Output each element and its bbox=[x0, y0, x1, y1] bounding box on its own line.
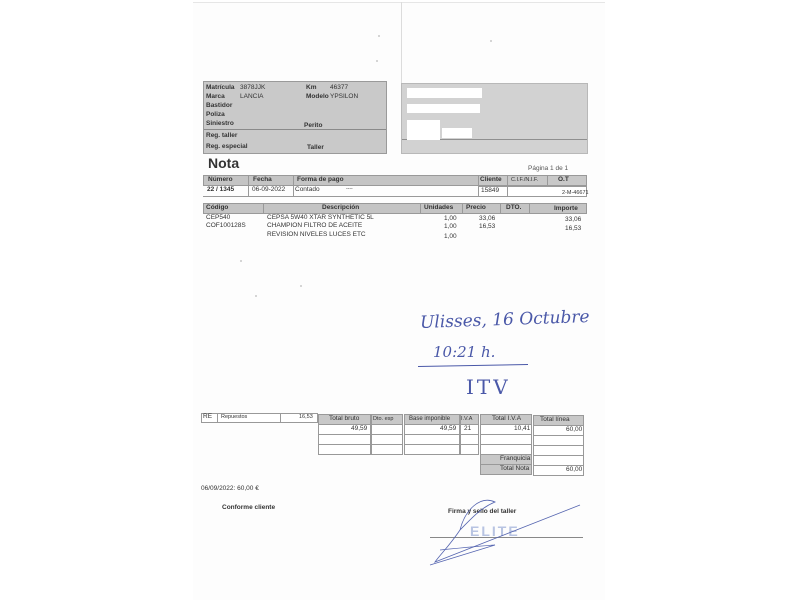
scan-speck bbox=[378, 35, 380, 37]
total-nota-label: Total Nota bbox=[500, 465, 529, 473]
marca-value: LANCIA bbox=[240, 93, 263, 101]
modelo-value: YPSILON bbox=[330, 93, 358, 101]
iva-header: I.V.A bbox=[461, 415, 472, 423]
col-dto: DTO. bbox=[506, 204, 521, 212]
cif-header: C.I.F./N.I.F. bbox=[511, 176, 538, 184]
ot-value: 2-M-46671 bbox=[562, 189, 589, 197]
redaction-block bbox=[442, 128, 472, 138]
row-unidades: 1,00 bbox=[444, 233, 457, 241]
forma-pago-header: Forma de pago bbox=[297, 176, 344, 184]
repuestos-label: Repuestos bbox=[221, 413, 247, 421]
payment-note: 06/09/2022: 60,00 € bbox=[201, 485, 259, 493]
handwritten-itv: ITV bbox=[466, 375, 511, 399]
ot-header: O.T bbox=[558, 176, 569, 184]
row-codigo: CEP540 bbox=[206, 214, 230, 222]
poliza-label: Poliza bbox=[206, 111, 225, 119]
scan-speck bbox=[376, 60, 378, 62]
dto-esp-header: Dto. esp bbox=[373, 415, 393, 423]
scan-speck bbox=[490, 40, 492, 42]
scan-speck bbox=[240, 260, 242, 262]
cliente-value: 15849 bbox=[481, 187, 499, 195]
forma-pago-extra: ---- bbox=[346, 185, 353, 193]
col-codigo: Código bbox=[206, 204, 228, 212]
handwritten-time: 10:21 h. bbox=[433, 343, 495, 361]
numero-value: 22 / 1345 bbox=[207, 186, 234, 194]
client-info-box-redacted bbox=[401, 83, 588, 154]
total-bruto-header: Total bruto bbox=[329, 415, 359, 423]
col-descripcion: Descripción bbox=[322, 204, 359, 212]
reg-especial-label: Reg. especial bbox=[206, 143, 248, 151]
fecha-header: Fecha bbox=[253, 176, 272, 184]
row-precio: 33,06 bbox=[479, 215, 495, 223]
fecha-value: 06-09-2022 bbox=[252, 186, 285, 194]
matricula-value: 3878JJK bbox=[240, 84, 265, 92]
franquicia-label: Franquicia bbox=[500, 455, 530, 463]
redaction-block bbox=[407, 104, 480, 113]
row-codigo: COF100128S bbox=[206, 222, 246, 230]
signature-scribble bbox=[420, 490, 590, 570]
repuestos-value: 16,53 bbox=[299, 413, 313, 421]
total-iva-value: 10,41 bbox=[514, 425, 530, 433]
taller-label: Taller bbox=[307, 144, 324, 152]
total-bruto-value: 49,59 bbox=[351, 425, 367, 433]
redaction-block bbox=[407, 88, 482, 98]
total-nota-value: 60,00 bbox=[566, 466, 582, 474]
forma-pago-value: Contado bbox=[295, 186, 320, 194]
col-precio: Precio bbox=[466, 204, 486, 212]
row-unidades: 1,00 bbox=[444, 223, 457, 231]
redaction-block bbox=[407, 120, 440, 140]
total-linea-header: Total línea bbox=[540, 416, 570, 424]
row-precio: 16,53 bbox=[479, 223, 495, 231]
scan-speck bbox=[300, 285, 302, 287]
page-indicator: Página 1 de 1 bbox=[528, 165, 568, 172]
modelo-label: Modelo bbox=[306, 93, 329, 101]
document-title: Nota bbox=[208, 155, 239, 171]
marca-label: Marca bbox=[206, 93, 225, 101]
col-importe: Importe bbox=[554, 205, 578, 213]
re-label: RE bbox=[203, 413, 212, 421]
perito-label: Perito bbox=[304, 122, 322, 130]
base-imponible-value: 49,59 bbox=[440, 425, 456, 433]
conforme-cliente-label: Conforme cliente bbox=[222, 504, 275, 512]
total-iva-header: Total I.V.A bbox=[492, 415, 521, 423]
base-imponible-header: Base imponible bbox=[409, 415, 450, 423]
siniestro-label: Siniestro bbox=[206, 120, 234, 128]
km-value: 46377 bbox=[330, 84, 348, 92]
reg-taller-label: Reg. taller bbox=[206, 132, 237, 140]
row-unidades: 1,00 bbox=[444, 215, 457, 223]
col-unidades: Unidades bbox=[424, 204, 453, 212]
matricula-label: Matrícula bbox=[206, 84, 235, 92]
total-linea-value: 60,00 bbox=[566, 426, 582, 434]
km-label: Km bbox=[306, 84, 316, 92]
numero-header: Número bbox=[208, 176, 233, 184]
row-importe: 33,06 bbox=[565, 216, 581, 224]
row-descripcion: REVISION NIVELES LUCES ETC bbox=[267, 231, 366, 239]
cliente-header: Cliente bbox=[480, 176, 502, 184]
bastidor-label: Bastidor bbox=[206, 102, 232, 110]
scan-speck bbox=[255, 295, 257, 297]
iva-value: 21 bbox=[464, 425, 471, 433]
row-importe: 16,53 bbox=[565, 225, 581, 233]
row-descripcion: CHAMPION FILTRO DE ACEITE bbox=[267, 222, 362, 230]
row-descripcion: CEPSA 5W40 XTAR SYNTHETIC 5L bbox=[267, 214, 374, 222]
